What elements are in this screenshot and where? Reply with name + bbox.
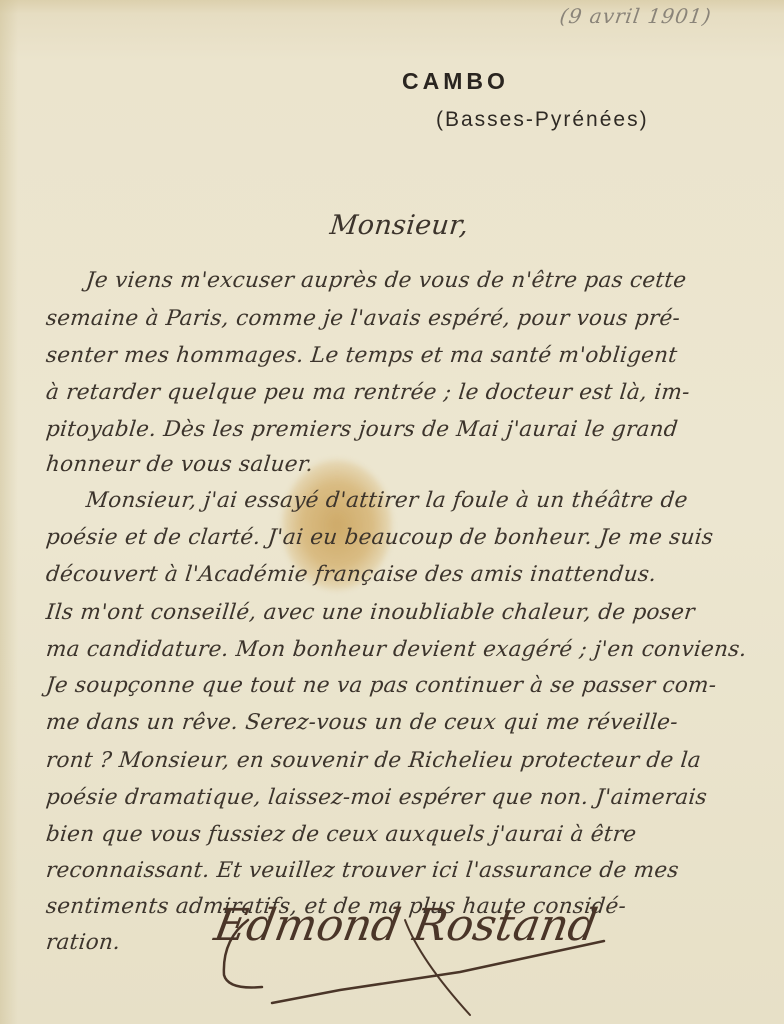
letter-page: (9 avril 1901) CAMBO (Basses-Pyrénées) M… bbox=[0, 0, 784, 1024]
signature-underline-flourish bbox=[0, 0, 784, 1024]
